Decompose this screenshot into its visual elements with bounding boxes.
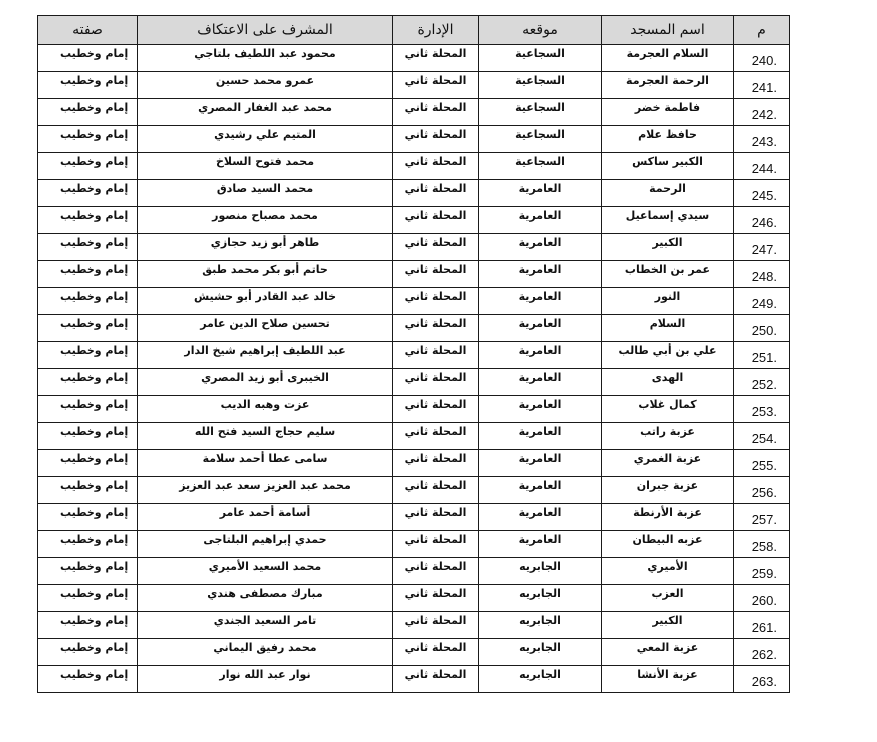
mosque-name-cell: عزبه البيطان [602, 531, 734, 558]
mosque-location-cell: الجابريه [479, 585, 602, 612]
supervisor-name-cell: محمد السعيد الأميري [138, 558, 393, 585]
administration-cell: المحلة ثاني [393, 261, 479, 288]
supervisor-role-cell: إمام وخطيب [38, 423, 138, 450]
header-mosque-name: اسم المسجد [602, 16, 734, 45]
role-text: إمام وخطيب [60, 236, 128, 249]
supervisor-name-cell: المتيم علي رشيدي [138, 126, 393, 153]
mosque-name-cell: الرحمة [602, 180, 734, 207]
mosque-name-cell: الكبير [602, 612, 734, 639]
supervisor-name-cell: عزت وهبه الديب [138, 396, 393, 423]
role-text: إمام وخطيب [60, 560, 128, 573]
administration-cell: المحلة ثاني [393, 585, 479, 612]
mosque-name-cell: العزب [602, 585, 734, 612]
mosque-name-cell: حافظ علام [602, 126, 734, 153]
mosque-name-cell: السلام العجرمة [602, 45, 734, 72]
mosque-location-cell: العامرية [479, 423, 602, 450]
mosque-location-cell: العامرية [479, 261, 602, 288]
administration-cell: المحلة ثاني [393, 504, 479, 531]
supervisor-name-cell: حمدي إبراهيم البلتاجى [138, 531, 393, 558]
row-number-cell: 262. [734, 639, 790, 666]
role-text: إمام وخطيب [60, 425, 128, 438]
table-row: 262.عزبة المعيالجابريهالمحلة ثانيمحمد رف… [38, 639, 790, 666]
administration-cell: المحلة ثاني [393, 423, 479, 450]
supervisor-name-cell: محمد عبد العزيز سعد عبد العزيز [138, 477, 393, 504]
header-location: موقعه [479, 16, 602, 45]
supervisor-role-cell: إمام وخطيب [38, 558, 138, 585]
supervisor-role-cell: إمام وخطيب [38, 666, 138, 693]
supervisor-role-cell: إمام وخطيب [38, 450, 138, 477]
mosque-location-cell: العامرية [479, 477, 602, 504]
mosque-location-cell: العامرية [479, 531, 602, 558]
role-text: إمام وخطيب [60, 533, 128, 546]
mosque-location-cell: السجاعية [479, 153, 602, 180]
supervisor-role-cell: إمام وخطيب [38, 99, 138, 126]
row-number-cell: 241. [734, 72, 790, 99]
supervisor-role-cell: إمام وخطيب [38, 126, 138, 153]
mosque-location-cell: الجابريه [479, 639, 602, 666]
table-row: 246.سيدي إسماعيلالعامريةالمحلة ثانيمحمد … [38, 207, 790, 234]
mosque-location-cell: العامرية [479, 396, 602, 423]
mosque-name-cell: النور [602, 288, 734, 315]
supervisor-role-cell: إمام وخطيب [38, 531, 138, 558]
table-row: 256.عزبة جبرانالعامريةالمحلة ثانيمحمد عب… [38, 477, 790, 504]
header-num: م [734, 16, 790, 45]
administration-cell: المحلة ثاني [393, 207, 479, 234]
supervisor-name-cell: محمد مصباح منصور [138, 207, 393, 234]
mosque-location-cell: العامرية [479, 315, 602, 342]
table-row: 244.الكبير ساكسالسجاعيةالمحلة ثانيمحمد ف… [38, 153, 790, 180]
role-text: إمام وخطيب [60, 479, 128, 492]
mosque-name-cell: الكبير ساكس [602, 153, 734, 180]
role-text: إمام وخطيب [60, 668, 128, 681]
supervisor-name-cell: محمد عبد الغفار المصري [138, 99, 393, 126]
mosque-name-cell: عزبة الغمري [602, 450, 734, 477]
table-row: 250.السلامالعامريةالمحلة ثانيتحسين صلاح … [38, 315, 790, 342]
mosque-location-cell: العامرية [479, 288, 602, 315]
mosque-name-cell: سيدي إسماعيل [602, 207, 734, 234]
administration-cell: المحلة ثاني [393, 666, 479, 693]
administration-cell: المحلة ثاني [393, 180, 479, 207]
table-row: 245.الرحمةالعامريةالمحلة ثانيمحمد السيد … [38, 180, 790, 207]
role-text: إمام وخطيب [60, 344, 128, 357]
mosque-name-cell: عزبة الأرنطة [602, 504, 734, 531]
row-number-cell: 263. [734, 666, 790, 693]
role-text: إمام وخطيب [60, 452, 128, 465]
role-text: إمام وخطيب [60, 371, 128, 384]
mosque-location-cell: الجابريه [479, 612, 602, 639]
mosque-location-cell: العامرية [479, 234, 602, 261]
supervisor-role-cell: إمام وخطيب [38, 234, 138, 261]
supervisor-name-cell: أسامة أحمد عامر [138, 504, 393, 531]
administration-cell: المحلة ثاني [393, 99, 479, 126]
row-number-cell: 240. [734, 45, 790, 72]
mosque-name-cell: السلام [602, 315, 734, 342]
header-supervisor: المشرف على الاعتكاف [138, 16, 393, 45]
mosque-name-cell: عزبة جبران [602, 477, 734, 504]
administration-cell: المحلة ثاني [393, 531, 479, 558]
row-number-cell: 250. [734, 315, 790, 342]
mosque-location-cell: الجابريه [479, 558, 602, 585]
mosque-location-cell: العامرية [479, 180, 602, 207]
supervisor-name-cell: سامى عطا أحمد سلامة [138, 450, 393, 477]
mosque-location-cell: السجاعية [479, 126, 602, 153]
row-number-cell: 246. [734, 207, 790, 234]
table-row: 261.الكبيرالجابريهالمحلة ثانيتامر السعيد… [38, 612, 790, 639]
table-row: 257.عزبة الأرنطةالعامريةالمحلة ثانيأسامة… [38, 504, 790, 531]
header-administration: الإدارة [393, 16, 479, 45]
row-number-cell: 251. [734, 342, 790, 369]
table-row: 242.فاطمة خضرالسجاعيةالمحلة ثانيمحمد عبد… [38, 99, 790, 126]
supervisor-name-cell: طاهر أبو زيد حجازي [138, 234, 393, 261]
administration-cell: المحلة ثاني [393, 315, 479, 342]
mosque-name-cell: الرحمة العجرمة [602, 72, 734, 99]
table-header: م اسم المسجد موقعه الإدارة المشرف على ال… [38, 16, 790, 45]
mosque-location-cell: السجاعية [479, 99, 602, 126]
supervisor-name-cell: نوار عبد الله نوار [138, 666, 393, 693]
header-role: صفته [38, 16, 138, 45]
administration-cell: المحلة ثاني [393, 396, 479, 423]
administration-cell: المحلة ثاني [393, 72, 479, 99]
supervisor-role-cell: إمام وخطيب [38, 369, 138, 396]
table-body: 240.السلام العجرمةالسجاعيةالمحلة ثانيمحم… [38, 45, 790, 693]
administration-cell: المحلة ثاني [393, 612, 479, 639]
row-number-cell: 244. [734, 153, 790, 180]
supervisor-name-cell: مبارك مصطفى هندي [138, 585, 393, 612]
role-text: إمام وخطيب [60, 74, 128, 87]
mosque-location-cell: الجابريه [479, 666, 602, 693]
supervisor-name-cell: الخيبرى أبو زيد المصري [138, 369, 393, 396]
supervisor-role-cell: إمام وخطيب [38, 477, 138, 504]
administration-cell: المحلة ثاني [393, 45, 479, 72]
row-number-cell: 255. [734, 450, 790, 477]
table-row: 249.النورالعامريةالمحلة ثانيخالد عبد الق… [38, 288, 790, 315]
table-row: 248.عمر بن الخطابالعامريةالمحلة ثانيحاتم… [38, 261, 790, 288]
supervisor-name-cell: تحسين صلاح الدين عامر [138, 315, 393, 342]
table-row: 259.الأميريالجابريهالمحلة ثانيمحمد السعي… [38, 558, 790, 585]
mosque-name-cell: عزبة المعي [602, 639, 734, 666]
supervisor-role-cell: إمام وخطيب [38, 612, 138, 639]
supervisor-role-cell: إمام وخطيب [38, 45, 138, 72]
supervisor-name-cell: حاتم أبو بكر محمد طبق [138, 261, 393, 288]
role-text: إمام وخطيب [60, 47, 128, 60]
supervisor-name-cell: سليم حجاج السيد فتح الله [138, 423, 393, 450]
table-row: 258.عزبه البيطانالعامريةالمحلة ثانيحمدي … [38, 531, 790, 558]
supervisor-name-cell: خالد عبد القادر أبو حشيش [138, 288, 393, 315]
supervisor-role-cell: إمام وخطيب [38, 396, 138, 423]
role-text: إمام وخطيب [60, 290, 128, 303]
mosque-name-cell: كمال غلاب [602, 396, 734, 423]
role-text: إمام وخطيب [60, 398, 128, 411]
supervisor-name-cell: عمرو محمد حسين [138, 72, 393, 99]
supervisor-role-cell: إمام وخطيب [38, 315, 138, 342]
administration-cell: المحلة ثاني [393, 450, 479, 477]
mosque-name-cell: عزبة الأنشا [602, 666, 734, 693]
table-row: 253.كمال غلابالعامريةالمحلة ثانيعزت وهبه… [38, 396, 790, 423]
role-text: إمام وخطيب [60, 506, 128, 519]
mosques-table: م اسم المسجد موقعه الإدارة المشرف على ال… [37, 15, 790, 693]
administration-cell: المحلة ثاني [393, 342, 479, 369]
administration-cell: المحلة ثاني [393, 234, 479, 261]
role-text: إمام وخطيب [60, 614, 128, 627]
row-number-cell: 253. [734, 396, 790, 423]
mosque-location-cell: العامرية [479, 450, 602, 477]
row-number-cell: 260. [734, 585, 790, 612]
mosque-name-cell: الهدى [602, 369, 734, 396]
supervisor-role-cell: إمام وخطيب [38, 288, 138, 315]
table-row: 251.علي بن أبي طالبالعامريةالمحلة ثانيعب… [38, 342, 790, 369]
mosque-location-cell: السجاعية [479, 72, 602, 99]
row-number-cell: 249. [734, 288, 790, 315]
supervisor-role-cell: إمام وخطيب [38, 585, 138, 612]
supervisor-role-cell: إمام وخطيب [38, 207, 138, 234]
table-row: 260.العزبالجابريهالمحلة ثانيمبارك مصطفى … [38, 585, 790, 612]
supervisor-role-cell: إمام وخطيب [38, 153, 138, 180]
row-number-cell: 257. [734, 504, 790, 531]
supervisor-name-cell: محمود عبد اللطيف بلتاجي [138, 45, 393, 72]
mosque-name-cell: فاطمة خضر [602, 99, 734, 126]
row-number-cell: 245. [734, 180, 790, 207]
row-number-cell: 248. [734, 261, 790, 288]
row-number-cell: 258. [734, 531, 790, 558]
administration-cell: المحلة ثاني [393, 126, 479, 153]
role-text: إمام وخطيب [60, 101, 128, 114]
supervisor-role-cell: إمام وخطيب [38, 639, 138, 666]
table-row: 247.الكبيرالعامريةالمحلة ثانيطاهر أبو زي… [38, 234, 790, 261]
header-row: م اسم المسجد موقعه الإدارة المشرف على ال… [38, 16, 790, 45]
administration-cell: المحلة ثاني [393, 558, 479, 585]
mosque-name-cell: الكبير [602, 234, 734, 261]
mosque-location-cell: العامرية [479, 369, 602, 396]
supervisor-role-cell: إمام وخطيب [38, 180, 138, 207]
mosque-location-cell: السجاعية [479, 45, 602, 72]
mosque-name-cell: علي بن أبي طالب [602, 342, 734, 369]
supervisor-role-cell: إمام وخطيب [38, 504, 138, 531]
role-text: إمام وخطيب [60, 587, 128, 600]
row-number-cell: 247. [734, 234, 790, 261]
role-text: إمام وخطيب [60, 641, 128, 654]
mosque-location-cell: العامرية [479, 207, 602, 234]
role-text: إمام وخطيب [60, 317, 128, 330]
table-row: 252.الهدىالعامريةالمحلة ثانيالخيبرى أبو … [38, 369, 790, 396]
row-number-cell: 243. [734, 126, 790, 153]
mosque-location-cell: العامرية [479, 342, 602, 369]
table-row: 254.عزبة راتبالعامريةالمحلة ثانيسليم حجا… [38, 423, 790, 450]
row-number-cell: 256. [734, 477, 790, 504]
administration-cell: المحلة ثاني [393, 477, 479, 504]
administration-cell: المحلة ثاني [393, 288, 479, 315]
role-text: إمام وخطيب [60, 155, 128, 168]
supervisor-role-cell: إمام وخطيب [38, 342, 138, 369]
mosque-name-cell: عمر بن الخطاب [602, 261, 734, 288]
supervisor-name-cell: محمد فتوح السلاخ [138, 153, 393, 180]
role-text: إمام وخطيب [60, 263, 128, 276]
mosque-name-cell: الأميري [602, 558, 734, 585]
administration-cell: المحلة ثاني [393, 153, 479, 180]
table-row: 263.عزبة الأنشاالجابريهالمحلة ثانينوار ع… [38, 666, 790, 693]
role-text: إمام وخطيب [60, 209, 128, 222]
row-number-cell: 252. [734, 369, 790, 396]
row-number-cell: 254. [734, 423, 790, 450]
supervisor-role-cell: إمام وخطيب [38, 261, 138, 288]
supervisor-name-cell: محمد السيد صادق [138, 180, 393, 207]
supervisor-name-cell: عبد اللطيف إبراهيم شيخ الدار [138, 342, 393, 369]
mosque-name-cell: عزبة راتب [602, 423, 734, 450]
row-number-cell: 261. [734, 612, 790, 639]
table-row: 240.السلام العجرمةالسجاعيةالمحلة ثانيمحم… [38, 45, 790, 72]
role-text: إمام وخطيب [60, 182, 128, 195]
supervisor-name-cell: محمد رفيق اليماني [138, 639, 393, 666]
table-row: 243.حافظ علامالسجاعيةالمحلة ثانيالمتيم ع… [38, 126, 790, 153]
table-row: 255.عزبة الغمريالعامريةالمحلة ثانيسامى ع… [38, 450, 790, 477]
table-row: 241.الرحمة العجرمةالسجاعيةالمحلة ثانيعمر… [38, 72, 790, 99]
administration-cell: المحلة ثاني [393, 639, 479, 666]
supervisor-name-cell: تامر السعيد الجندي [138, 612, 393, 639]
administration-cell: المحلة ثاني [393, 369, 479, 396]
row-number-cell: 259. [734, 558, 790, 585]
mosque-location-cell: العامرية [479, 504, 602, 531]
role-text: إمام وخطيب [60, 128, 128, 141]
row-number-cell: 242. [734, 99, 790, 126]
supervisor-role-cell: إمام وخطيب [38, 72, 138, 99]
